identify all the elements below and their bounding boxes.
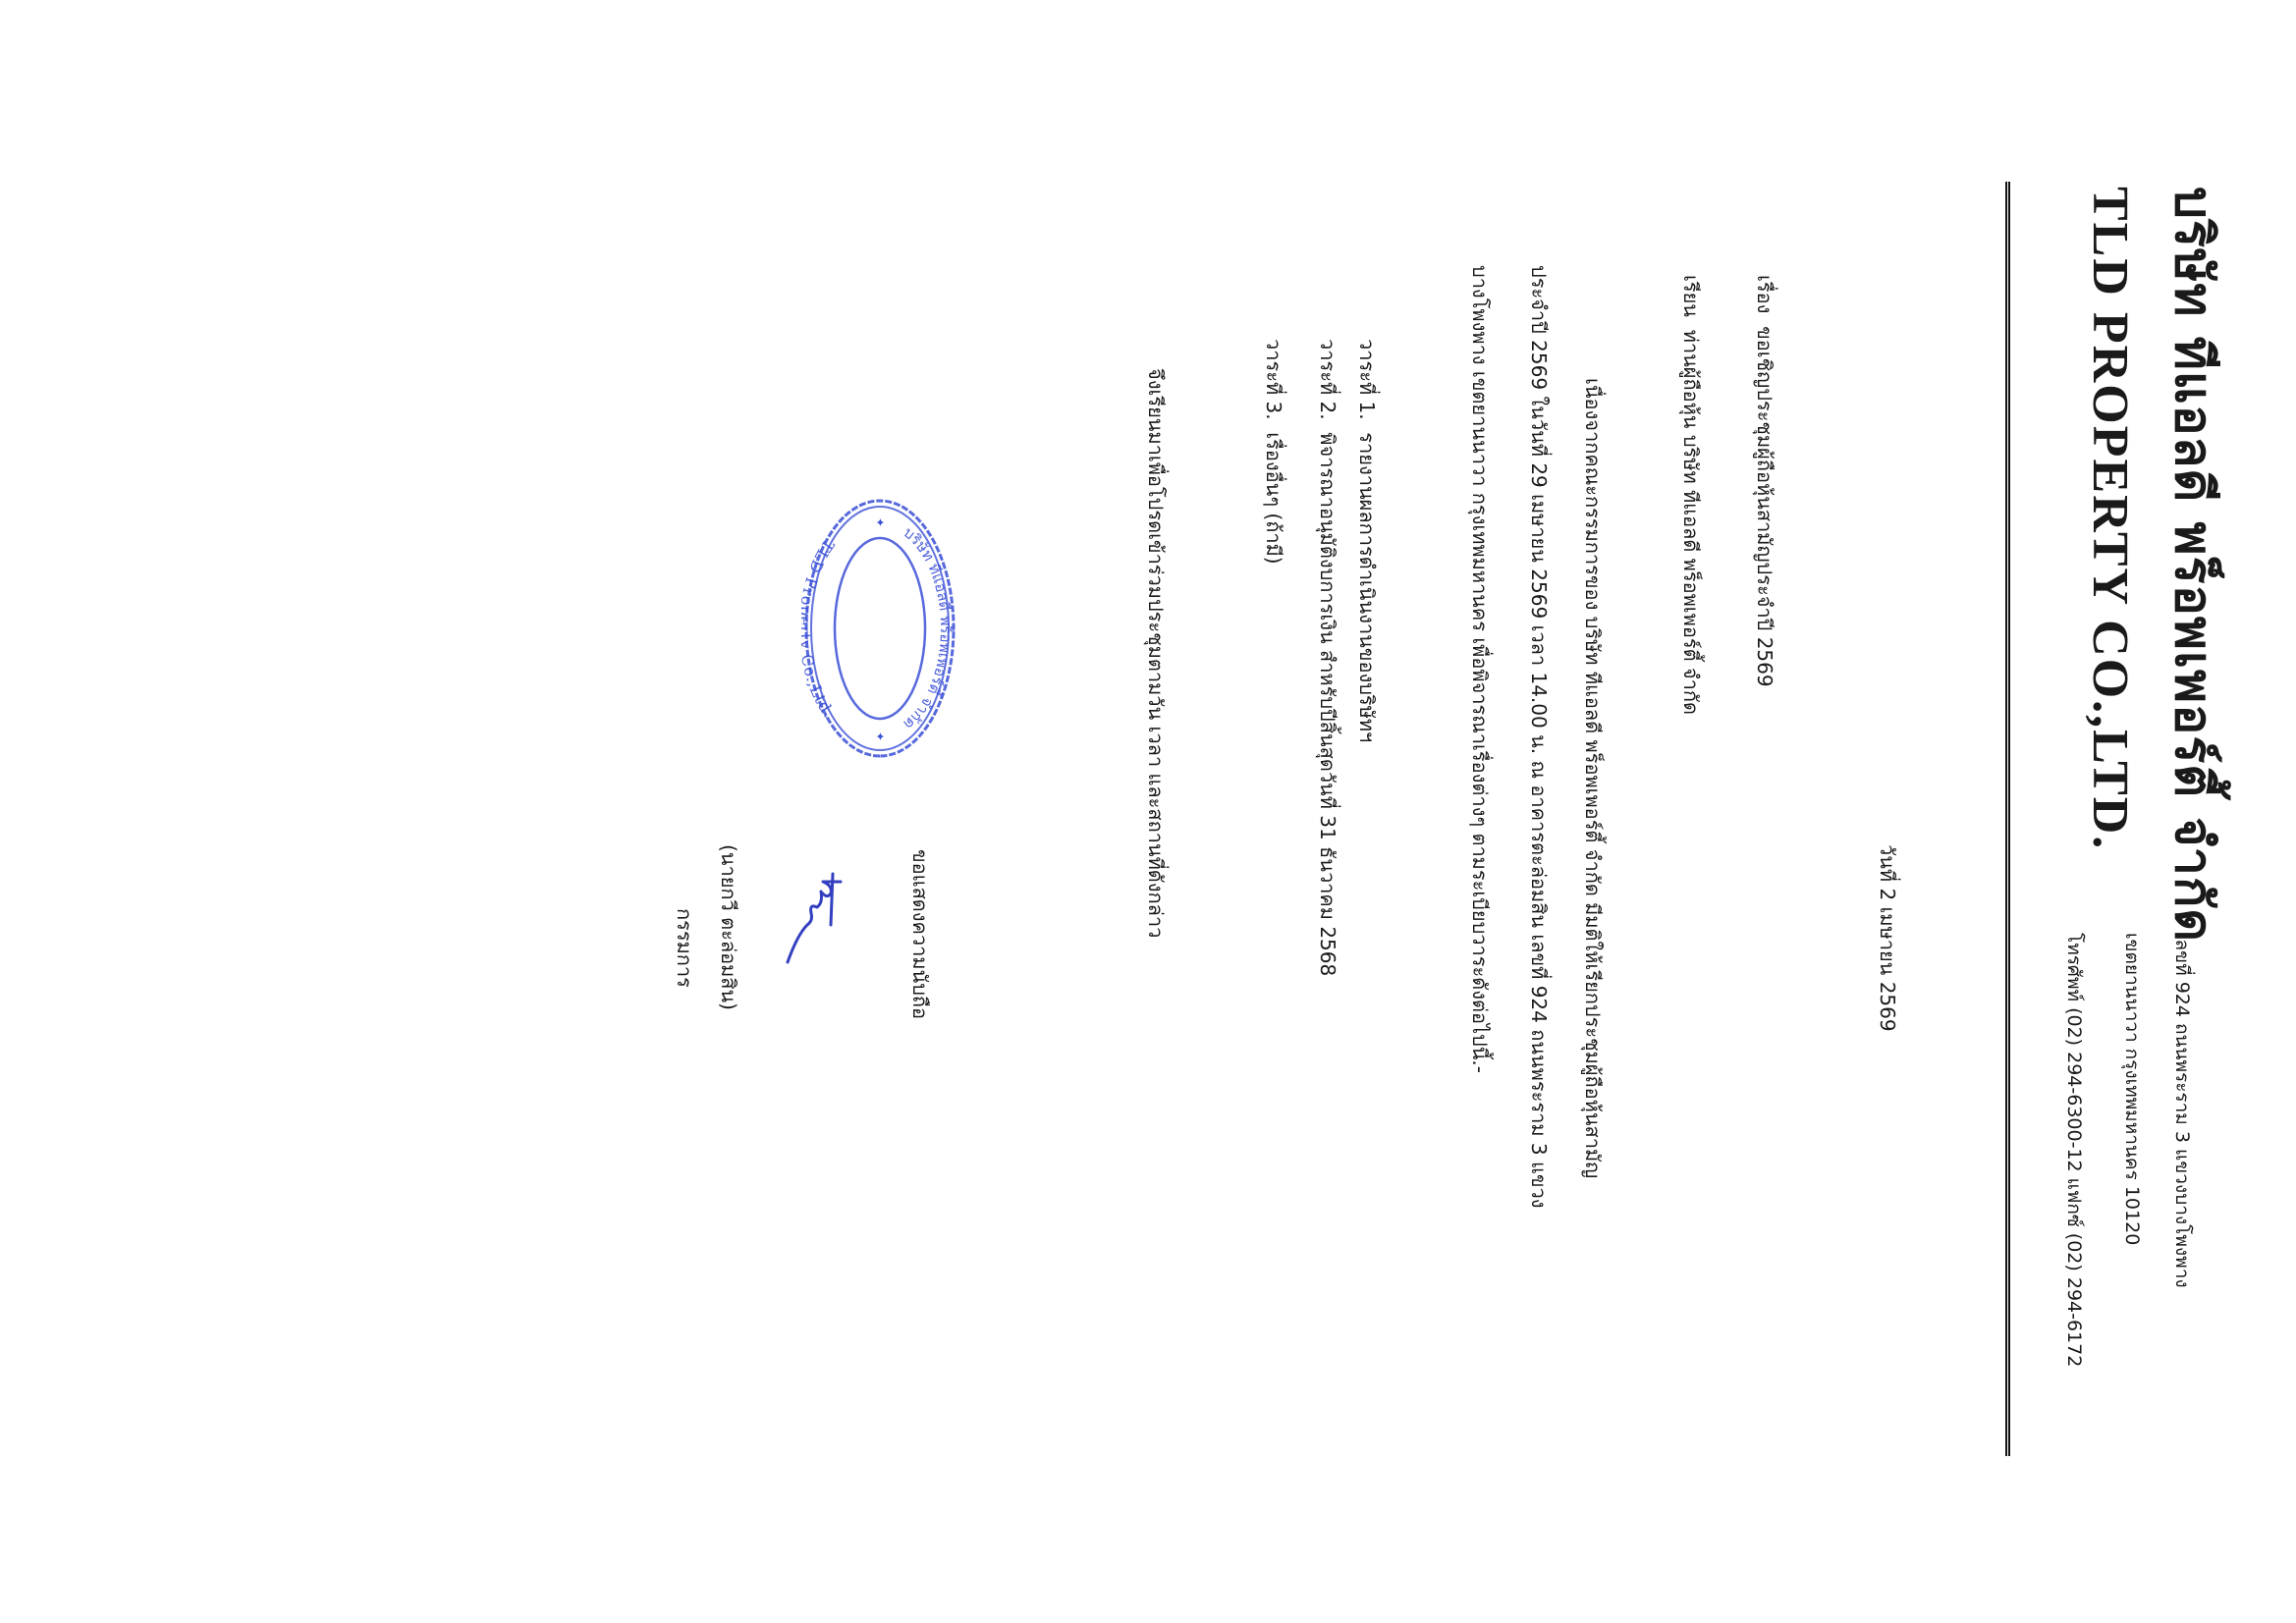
company-name-th: บริษัท ทีแอลดี พร็อพเพอร์ตี้ จำกัด: [2154, 187, 2235, 943]
agenda-label: วาระที่ 2.: [1316, 339, 1339, 420]
agenda-text: พิจารณาอนุมัติงบการเงิน สำหรับปีสิ้นสุดว…: [1316, 432, 1339, 976]
svg-text:TLD Property Co.,Ltd.: TLD Property Co.,Ltd.: [801, 536, 838, 721]
company-name-en: TLD PROPERTY CO.,LTD.: [2081, 187, 2139, 850]
company-seal-stamp: บริษัท ทีแอลดี พร็อพเพอร์ตี้ จำกัด TLD P…: [801, 496, 958, 761]
letter-page: บริษัท ทีแอลดี พร็อพเพอร์ตี้ จำกัด TLD P…: [0, 0, 2296, 1623]
stamp-text-th: บริษัท ทีแอลดี พร็อพเพอร์ตี้ จำกัด: [901, 523, 956, 733]
body-line-2: ประจำปี 2569 ในวันที่ 29 เมษายน 2569 เวล…: [1523, 265, 1555, 1209]
subject-label: เรื่อง: [1753, 275, 1777, 313]
recipient-label: เรียน: [1679, 275, 1703, 317]
stamp-star-icon: ✦: [873, 731, 887, 741]
address-line-1: เลขที่ 924 ถนนพระราม 3 แขวงบางโพงพาง: [2167, 933, 2197, 1288]
valediction: ขอแสดงความนับถือ: [904, 849, 936, 1019]
recipient-text: ท่านผู้ถือหุ้น บริษัท ทีแอลดี พร็อพเพอร์…: [1679, 330, 1703, 715]
agenda-text: เรื่องอื่นๆ (ถ้ามี): [1262, 432, 1285, 564]
agenda-item-1: วาระที่ 1. รายงานผลการดำเนินงานของบริษัท…: [1351, 339, 1383, 742]
recipient-line: เรียน ท่านผู้ถือหุ้น บริษัท ทีแอลดี พร็อ…: [1675, 275, 1707, 715]
subject-line: เรื่อง ขอเชิญประชุมผู้ถือหุ้นสามัญประจำป…: [1749, 275, 1780, 687]
handwritten-signature: [774, 864, 852, 972]
signatory-title: กรรมการ: [669, 908, 700, 988]
address-line-2: เขตยานนาวา กรุงเทพมหานคร 10120: [2117, 933, 2147, 1245]
stamp-star-icon: ✦: [873, 517, 887, 527]
body-line-3: บางโพงพาง เขตยานนาวา กรุงเทพมหานคร เพื่อ…: [1464, 265, 1496, 1073]
agenda-text: รายงานผลการดำเนินงานของบริษัทฯ: [1355, 432, 1379, 742]
body-line-1: เนื่องจากคณะกรรมการของ บริษัท ทีแอลดี พร…: [1577, 378, 1609, 1178]
closing-paragraph: จึงเรียนมาเพื่อโปรดเข้าร่วมประชุมตามวัน …: [1140, 368, 1172, 938]
agenda-label: วาระที่ 1.: [1355, 339, 1379, 420]
stamp-text-en: TLD Property Co.,Ltd.: [801, 536, 838, 721]
letter-date: วันที่ 2 เมษายน 2569: [1872, 844, 1903, 1032]
agenda-label: วาระที่ 3.: [1262, 339, 1285, 420]
subject-text: ขอเชิญประชุมผู้ถือหุ้นสามัญประจำปี 2569: [1753, 326, 1777, 687]
svg-text:บริษัท ทีแอลดี พร็อพเพอร์ตี้ จ: บริษัท ทีแอลดี พร็อพเพอร์ตี้ จำกัด: [901, 523, 956, 733]
letterhead-double-rule: [2005, 182, 2010, 1456]
agenda-item-2: วาระที่ 2. พิจารณาอนุมัติงบการเงิน สำหรั…: [1312, 339, 1343, 976]
agenda-item-3: วาระที่ 3. เรื่องอื่นๆ (ถ้ามี): [1258, 339, 1289, 565]
signatory-name: (นายกวี ตะล่อมสิน): [713, 844, 744, 1010]
contact-line: โทรศัพท์ (02) 294-6300-12 แฟกซ์ (02) 294…: [2059, 933, 2089, 1367]
